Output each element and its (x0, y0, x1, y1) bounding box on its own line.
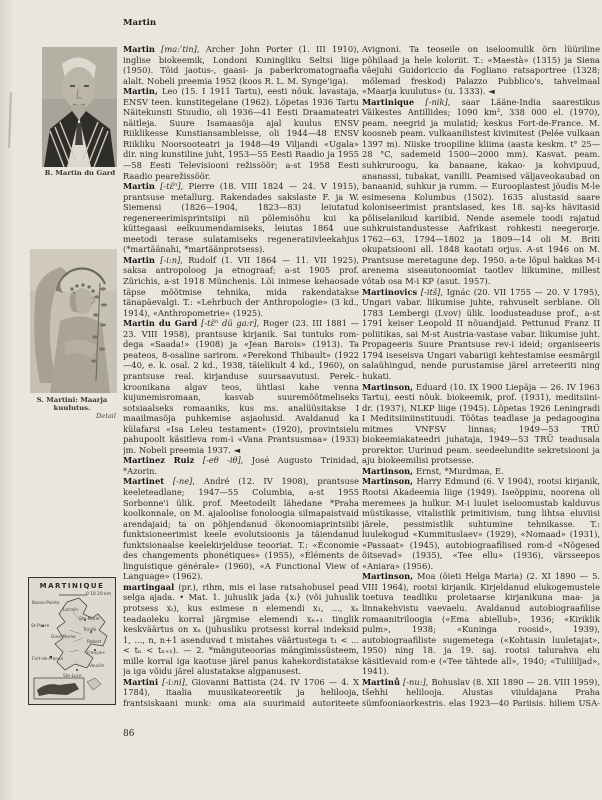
encyclopedia-entry: Martin [-tɛ̃ⁿ], Pierre (18. VIII 1824 — … (123, 181, 359, 255)
entry-pronunciation: [-tɛ̃ⁿ dü ga:r] (197, 318, 256, 328)
entry-headword: Martini (123, 677, 158, 687)
entry-pronunciation: [-nu:] (400, 677, 426, 687)
map-place-label: Lorrain (63, 608, 78, 613)
encyclopedia-entry: Martinson, Ernst, *Murdmaa, E. (362, 466, 600, 477)
entry-pronunciation: [-i:ni] (158, 677, 185, 687)
page-gutter-shade (0, 0, 14, 800)
entry-headword: Martinson, (362, 571, 413, 581)
entry-pronunciation: [ma:ʹtin] (155, 44, 197, 54)
map-title: MARTINIQUE (29, 582, 115, 590)
map-place-label: Fort-de-France (32, 657, 63, 662)
painting-detail (30, 249, 117, 393)
map-place-label: Ste-Marie (79, 617, 100, 622)
portrait-caption: R. Martin du Gard (40, 169, 120, 177)
entry-pronunciation: [-tɛ̃ⁿ] (155, 181, 181, 191)
text-column-right: Avignoni. Ta teoseile on iseloomulik õrn… (362, 44, 600, 706)
encyclopedia-entry: Avignoni. Ta teoseile on iseloomulik õrn… (362, 44, 600, 97)
map-place-label: Robert (87, 640, 101, 645)
map-place-label: St-Pierre (31, 624, 49, 629)
painting-caption-detail: Detail (22, 412, 122, 420)
map-place-label: Trinité (83, 628, 96, 633)
encyclopedia-entry: Martinson, Harry Edmund (6. V 1904), roo… (362, 476, 600, 571)
martinique-map: MARTINIQUE 0 10 20 km Basse-PointeLorrai… (28, 577, 116, 705)
map-scale-bar: 0 10 20 km (86, 592, 111, 597)
entry-headword: Martin (123, 181, 155, 191)
entry-headword: Martinů (362, 677, 400, 687)
encyclopedia-entry: Martin [-i:n], Rudolf (1. VII 1864 — 11.… (123, 255, 359, 318)
encyclopedia-page-scan: { "page": { "running_head": "Martin", "p… (0, 0, 602, 800)
encyclopedia-entry: Martinet [-ne], André (12. IV 1908), pra… (123, 476, 359, 581)
entry-headword: Martinique (362, 97, 414, 107)
encyclopedia-entry: Martinez Ruiz [-eθ -iθ], José Augusto Tr… (123, 455, 359, 476)
entry-headword: Martinet (123, 476, 164, 486)
page-number: 86 (123, 729, 134, 739)
portrait-photo-image (42, 47, 117, 167)
entry-headword: Martin (123, 255, 155, 265)
entry-headword: Martin (123, 44, 155, 54)
encyclopedia-entry: Martinovics [-itš], Ignác (20. VII 1755 … (362, 287, 600, 382)
painting-caption-main: S. Martini: Maarja kuulutus. (37, 396, 108, 412)
entry-headword: Martinez Ruiz (123, 455, 194, 465)
encyclopedia-entry: Martinson, Moa (õieti Helga Maria) (2. X… (362, 571, 600, 676)
map-place-label: Gros-Morne (51, 635, 76, 640)
portrait-photo (42, 47, 117, 167)
encyclopedia-entry: Martin, Leo (15. I 1911 Tartu), eesti nõ… (123, 86, 359, 181)
painting-caption: S. Martini: Maarja kuulutus. Detail (22, 396, 122, 421)
map-place-label: François (87, 651, 105, 656)
map-place-label: Vauclin (89, 664, 104, 669)
entry-headword: Martinson, (362, 382, 413, 392)
running-head: Martin (123, 18, 156, 28)
encyclopedia-entry: Martinů [-nu:], Bohuslav (8. XII 1890 — … (362, 677, 600, 706)
map-place-label: Ste-Luce (63, 674, 82, 679)
encyclopedia-entry: Martin du Gard [-tɛ̃ⁿ dü ga:r], Roger (2… (123, 318, 359, 455)
entry-pronunciation: [-eθ -iθ] (194, 455, 240, 465)
entry-headword: martingaal (123, 582, 174, 592)
painting-image (30, 249, 117, 393)
entry-headword: Martinson, (362, 466, 413, 476)
entry-headword: Martinson, (362, 476, 413, 486)
entry-pronunciation: [-itš] (417, 287, 440, 297)
entry-headword: Martin du Gard (123, 318, 197, 328)
entry-headword: Martin, (123, 86, 158, 96)
text-column-left: Martin [ma:ʹtin], Archer John Porter (1.… (123, 44, 359, 706)
entry-headword: Martinovics (362, 287, 417, 297)
encyclopedia-entry: Martinson, Eduard (10. IX 1900 Liepäja —… (362, 382, 600, 466)
entry-pronunciation: [-i:n] (155, 255, 180, 265)
encyclopedia-entry: martingaal (pr.), rihm, mis ei lase rats… (123, 582, 359, 677)
encyclopedia-entry: Martini [-i:ni], Giovanni Battista (24. … (123, 677, 359, 706)
encyclopedia-entry: Martin [ma:ʹtin], Archer John Porter (1.… (123, 44, 359, 86)
map-place-label: Basse-Pointe (32, 601, 60, 606)
entry-pronunciation: [-nik] (414, 97, 448, 107)
entry-pronunciation: [-ne] (164, 476, 192, 486)
encyclopedia-entry: Martinique [-nik], saar Lääne-India saar… (362, 97, 600, 287)
